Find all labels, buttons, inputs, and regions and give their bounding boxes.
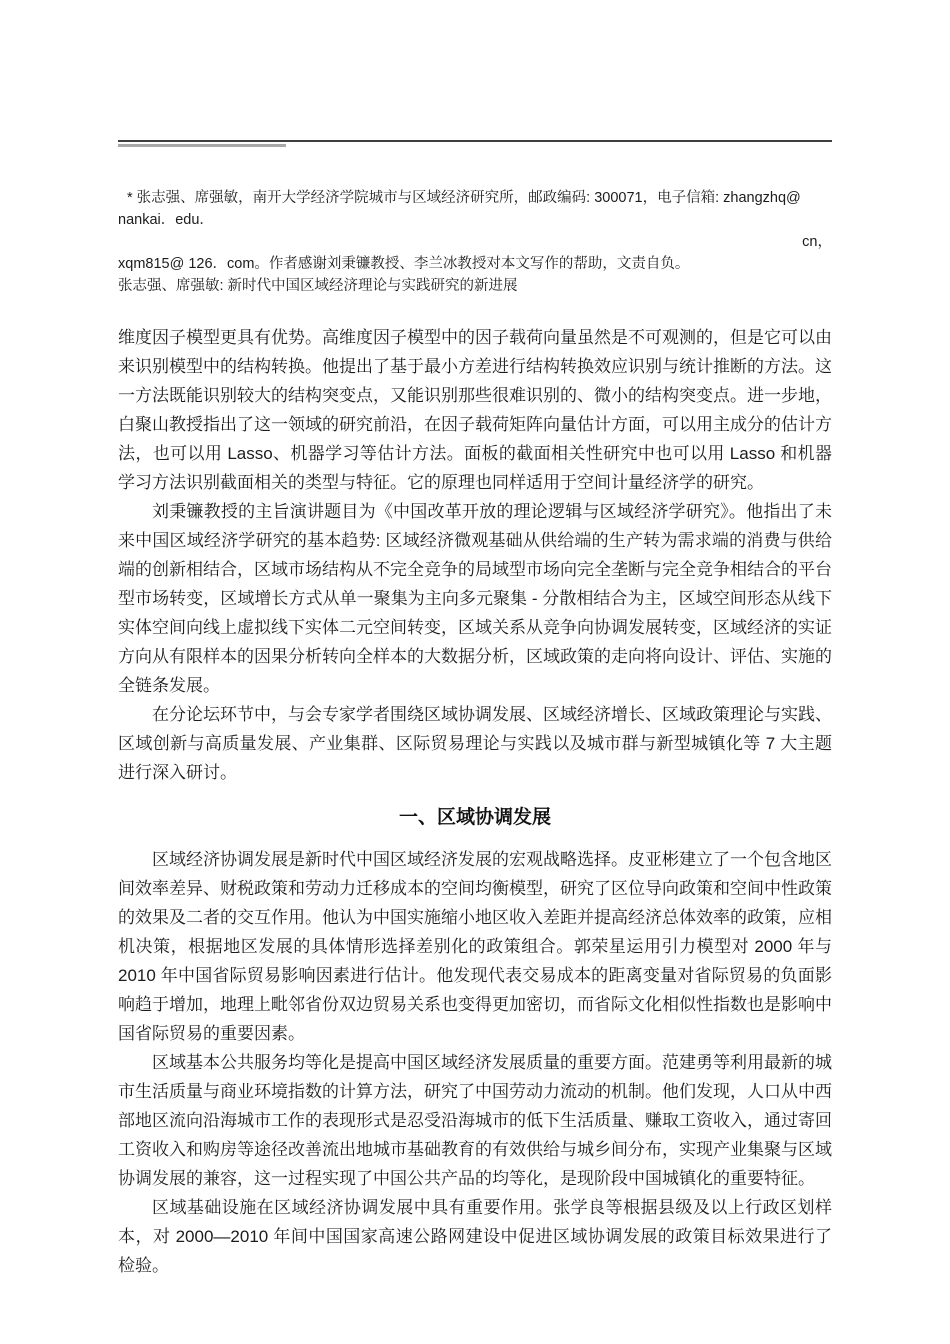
paragraph-keynote-speech: 刘秉镰教授的主旨演讲题目为《中国改革开放的理论逻辑与区域经济学研究》。他指出了未… (118, 497, 832, 700)
paragraph-infrastructure: 区域基础设施在区域经济协调发展中具有重要作用。张学良等根据县级及以上行政区划样本… (118, 1193, 832, 1280)
footnote-acknowledgement: xqm815@ 126．com。作者感谢刘秉镰教授、李兰冰教授对本文写作的帮助，… (118, 253, 832, 275)
document-page: * 张志强、席强敏，南开大学经济学院城市与区域经济研究所，邮政编码: 30007… (0, 0, 950, 1344)
footnote-block: * 张志强、席强敏，南开大学经济学院城市与区域经济研究所，邮政编码: 30007… (118, 187, 832, 297)
paragraph-forum-topics: 在分论坛环节中，与会专家学者围绕区域协调发展、区域经济增长、区域政策理论与实践、… (118, 700, 832, 787)
footnote-authors-affiliation: * 张志强、席强敏，南开大学经济学院城市与区域经济研究所，邮政编码: 30007… (118, 187, 832, 231)
article-body: 维度因子模型更具有优势。高维度因子模型中的因子载荷向量虽然是不可观测的，但是它可… (118, 323, 832, 1280)
paragraph-public-services-equalization: 区域基本公共服务均等化是提高中国区域经济发展质量的重要方面。范建勇等利用最新的城… (118, 1048, 832, 1193)
footnote-email-wrap: cn， (118, 231, 832, 253)
section-heading-regional-coordinated-development: 一、区域协调发展 (118, 803, 832, 832)
page-rule-line (118, 140, 832, 142)
footnote-separator-stub (118, 144, 286, 147)
text-column: * 张志强、席强敏，南开大学经济学院城市与区域经济研究所，邮政编码: 30007… (118, 0, 832, 1280)
footnote-separator (118, 0, 832, 147)
paragraph-spatial-equilibrium-model: 区域经济协调发展是新时代中国区域经济发展的宏观战略选择。皮亚彬建立了一个包含地区… (118, 845, 832, 1048)
running-title: 张志强、席强敏: 新时代中国区域经济理论与实践研究的新进展 (118, 275, 832, 297)
paragraph-factor-models: 维度因子模型更具有优势。高维度因子模型中的因子载荷向量虽然是不可观测的，但是它可… (118, 323, 832, 497)
